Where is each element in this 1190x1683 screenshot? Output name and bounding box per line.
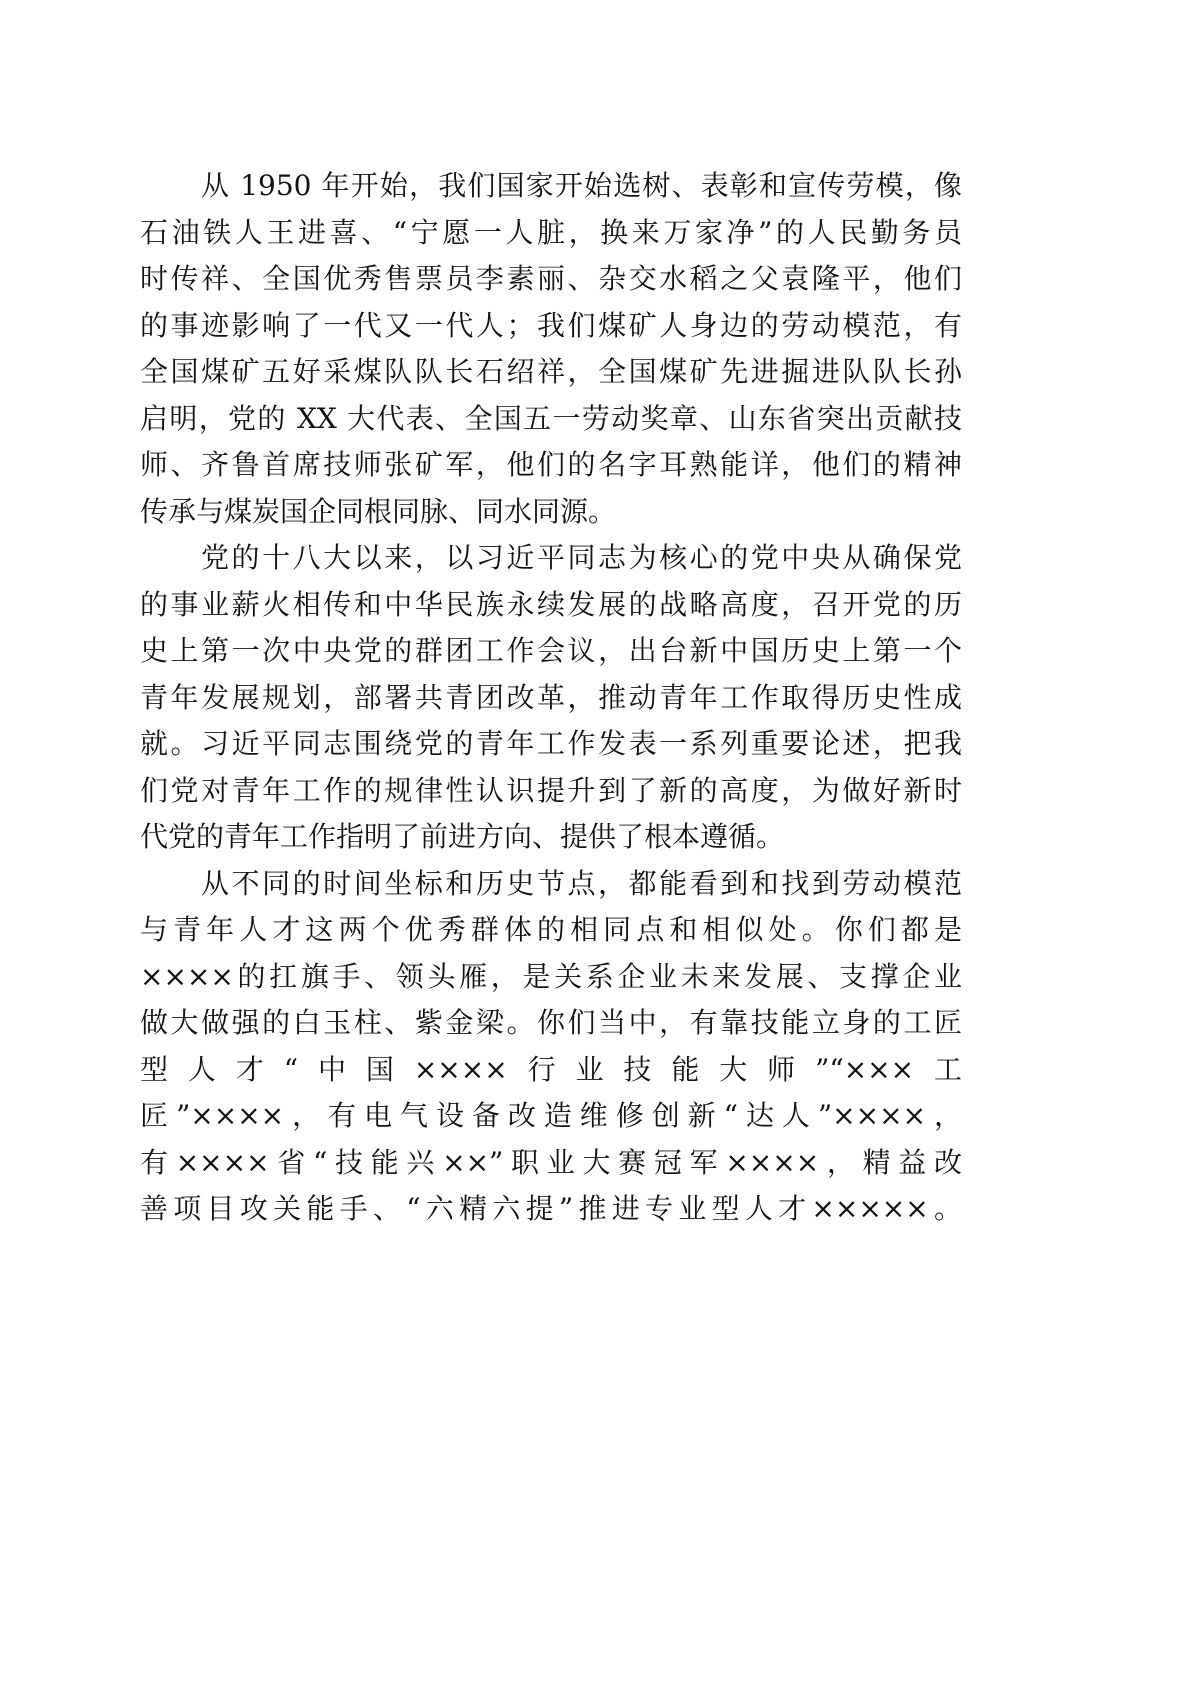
paragraph-1-line-1: 从 1950 年开始，我们国家开始选树、表彰和宣传劳模，像	[140, 163, 962, 210]
paragraph-2-line-4: 青年发展规划，部署共青团改革，推动青年工作取得历史性成	[140, 675, 962, 722]
paragraph-1-line-8: 传承与煤炭国企同根同脉、同水同源。	[140, 489, 962, 536]
document-page: 从 1950 年开始，我们国家开始选树、表彰和宣传劳模，像 石油铁人王进喜、“宁…	[0, 0, 1190, 1683]
paragraph-1-line-3: 时传祥、全国优秀售票员李素丽、杂交水稻之父袁隆平，他们	[140, 256, 962, 303]
paragraph-2-line-5: 就。习近平同志围绕党的青年工作发表一系列重要论述，把我	[140, 721, 962, 768]
paragraph-3-line-4: 做大做强的白玉柱、紫金梁。你们当中，有靠技能立身的工匠	[140, 1000, 962, 1047]
paragraph-3-line-6: 匠”××××，有电气设备改造维修创新“达人”××××，	[140, 1093, 962, 1140]
paragraph-3-line-3: ××××的扛旗手、领头雁，是关系企业未来发展、支撑企业	[140, 954, 962, 1001]
paragraph-2-line-1: 党的十八大以来，以习近平同志为核心的党中央从确保党	[140, 535, 962, 582]
paragraph-2-line-7: 代党的青年工作指明了前进方向、提供了根本遵循。	[140, 814, 962, 861]
paragraph-1-line-7: 师、齐鲁首席技师张矿军，他们的名字耳熟能详，他们的精神	[140, 442, 962, 489]
paragraph-2-line-6: 们党对青年工作的规律性认识提升到了新的高度，为做好新时	[140, 768, 962, 815]
paragraph-3-line-1: 从不同的时间坐标和历史节点，都能看到和找到劳动模范	[140, 861, 962, 908]
document-body: 从 1950 年开始，我们国家开始选树、表彰和宣传劳模，像 石油铁人王进喜、“宁…	[140, 163, 962, 1233]
paragraph-3-line-7: 有××××省“技能兴××”职业大赛冠军××××，精益改	[140, 1140, 962, 1187]
paragraph-3-line-2: 与青年人才这两个优秀群体的相同点和相似处。你们都是	[140, 907, 962, 954]
paragraph-1-line-2: 石油铁人王进喜、“宁愿一人脏，换来万家净”的人民勤务员	[140, 210, 962, 257]
paragraph-3-line-8: 善项目攻关能手、“六精六提”推进专业型人才×××××。	[140, 1186, 962, 1233]
paragraph-2-line-2: 的事业薪火相传和中华民族永续发展的战略高度，召开党的历	[140, 582, 962, 629]
paragraph-1-line-6: 启明，党的 XX 大代表、全国五一劳动奖章、山东省突出贡献技	[140, 396, 962, 443]
paragraph-1-line-5: 全国煤矿五好采煤队队长石绍祥，全国煤矿先进掘进队队长孙	[140, 349, 962, 396]
paragraph-1-line-4: 的事迹影响了一代又一代人；我们煤矿人身边的劳动模范，有	[140, 303, 962, 350]
paragraph-2-line-3: 史上第一次中央党的群团工作会议，出台新中国历史上第一个	[140, 628, 962, 675]
paragraph-3-line-5: 型人才“中国××××行业技能大师”“×××工	[140, 1047, 962, 1094]
